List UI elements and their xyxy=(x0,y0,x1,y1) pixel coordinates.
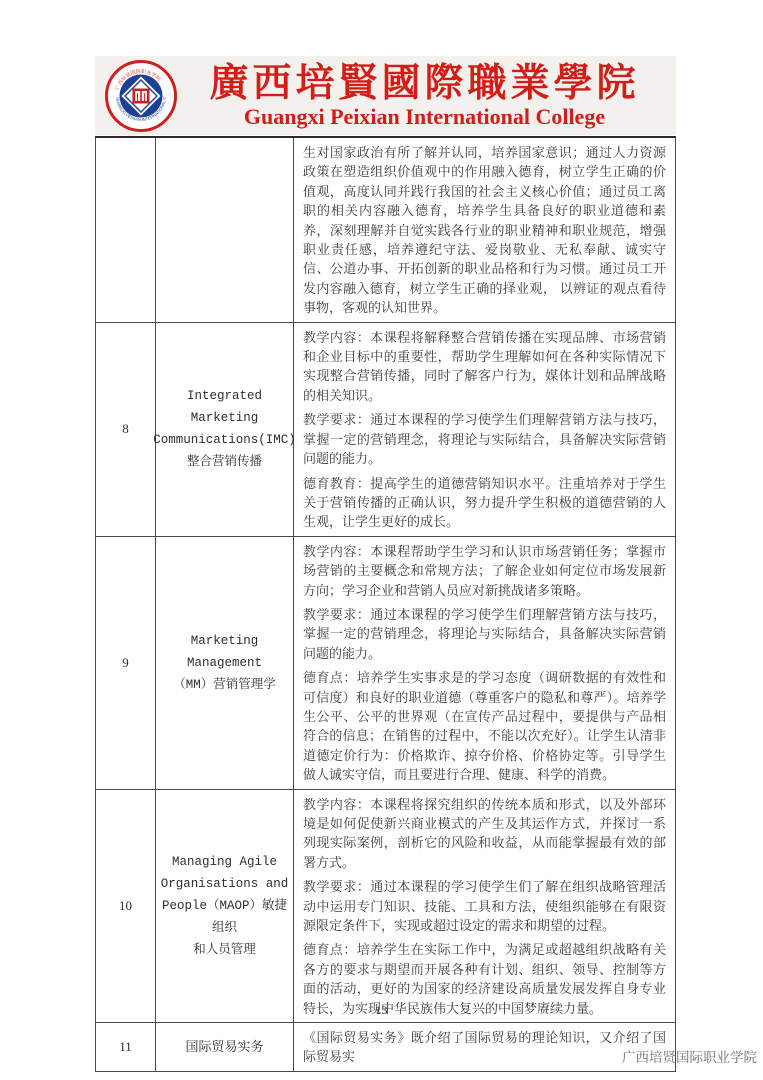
course-name xyxy=(156,138,294,322)
table-row: 生对国家政治有所了解并认同，培养国家意识；通过人力资源政策在塑造组织价值观中的作… xyxy=(96,138,675,323)
course-name-line: Communications(IMC) xyxy=(153,429,296,451)
college-logo: 广西培贤国际职业学院 GUANGXI PEIXIAN INTERNATIONAL… xyxy=(103,58,179,134)
page-number: 13 xyxy=(0,1003,763,1018)
course-number: 10 xyxy=(96,790,156,1022)
description-paragraph: 德育点：培养学生实事求是的学习态度（调研数据的有效性和可信度）和良好的职业道德（… xyxy=(303,668,666,784)
college-titles: 廣西培賢國際職業學院 Guangxi Peixian International… xyxy=(179,62,676,129)
course-name: Integrated MarketingCommunications(IMC)整… xyxy=(156,323,294,536)
course-name-line: （MM）营销管理学 xyxy=(173,674,276,696)
description-paragraph: 教学内容：本课程将探究组织的传统本质和形式，以及外部环境是如何促使新兴商业模式的… xyxy=(303,795,666,873)
course-name-line: Organisations and xyxy=(161,873,289,895)
course-description: 教学内容：本课程将解释整合营销传播在实现品牌、市场营销和企业目标中的重要性，帮助… xyxy=(294,323,675,536)
course-description: 教学内容：本课程将探究组织的传统本质和形式，以及外部环境是如何促使新兴商业模式的… xyxy=(294,790,675,1022)
college-name-chinese: 廣西培賢國際職業學院 xyxy=(179,62,670,104)
description-paragraph: 教学内容：本课程将解释整合营销传播在实现品牌、市场营销和企业目标中的重要性，帮助… xyxy=(303,328,666,406)
table-row: 11 国际贸易实务 《国际贸易实务》既介绍了国际贸易的理论知识，又介绍了国际贸易… xyxy=(96,1023,675,1071)
course-name: 国际贸易实务 xyxy=(156,1023,294,1071)
course-number: 11 xyxy=(96,1023,156,1071)
document-page: 广西培贤国际职业学院 GUANGXI PEIXIAN INTERNATIONAL… xyxy=(0,0,763,1080)
course-name-line: 国际贸易实务 xyxy=(185,1036,263,1058)
course-name-line: Managing Agile xyxy=(172,851,277,873)
description-paragraph: 教学要求：通过本课程的学习使学生们理解营销方法与技巧，掌握一定的营销理念，将理论… xyxy=(303,410,666,468)
college-logo-emblem: 广西培贤国际职业学院 GUANGXI PEIXIAN INTERNATIONAL… xyxy=(104,59,178,133)
college-header-banner: 广西培贤国际职业学院 GUANGXI PEIXIAN INTERNATIONAL… xyxy=(95,56,676,135)
description-paragraph: 《国际贸易实务》既介绍了国际贸易的理论知识，又介绍了国际贸易实 xyxy=(303,1028,666,1067)
table-row: 9 Marketing Management（MM）营销管理学 教学内容：本课程… xyxy=(96,537,675,790)
course-description: 《国际贸易实务》既介绍了国际贸易的理论知识，又介绍了国际贸易实 xyxy=(294,1023,675,1071)
course-name-line: People（MAOP）敏捷组织 xyxy=(158,895,291,939)
course-name-line: 和人员管理 xyxy=(193,939,256,961)
table-row: 10 Managing AgileOrganisations andPeople… xyxy=(96,790,675,1023)
course-name-line: Integrated Marketing xyxy=(158,385,291,429)
course-description: 教学内容：本课程帮助学生学习和认识市场营销任务；掌握市场营销的主要概念和常规方法… xyxy=(294,537,675,789)
course-number: 8 xyxy=(96,323,156,536)
course-name: Marketing Management（MM）营销管理学 xyxy=(156,537,294,789)
course-number xyxy=(96,138,156,322)
course-name-line: 整合营销传播 xyxy=(187,451,262,473)
description-paragraph: 教学内容：本课程帮助学生学习和认识市场营销任务；掌握市场营销的主要概念和常规方法… xyxy=(303,542,666,600)
footer-watermark: 广西培贤国际职业学院 xyxy=(622,1046,757,1066)
description-paragraph: 教学要求：通过本课程的学习使学生们理解营销方法与技巧，掌握一定的营销理念，将理论… xyxy=(303,605,666,663)
course-description: 生对国家政治有所了解并认同，培养国家意识；通过人力资源政策在塑造组织价值观中的作… xyxy=(294,138,675,322)
description-paragraph: 生对国家政治有所了解并认同，培养国家意识；通过人力资源政策在塑造组织价值观中的作… xyxy=(303,143,666,318)
table-row: 8 Integrated MarketingCommunications(IMC… xyxy=(96,323,675,537)
course-name: Managing AgileOrganisations andPeople（MA… xyxy=(156,790,294,1022)
course-number: 9 xyxy=(96,537,156,789)
college-name-english: Guangxi Peixian International College xyxy=(179,105,670,129)
description-paragraph: 德育教育：提高学生的道德营销知识水平。注重培养对于学生关于营销传播的正确认识，努… xyxy=(303,474,666,532)
description-paragraph: 教学要求：通过本课程的学习使学生们了解在组织战略管理活动中运用专门知识、技能、工… xyxy=(303,877,666,935)
course-table: 生对国家政治有所了解并认同，培养国家意识；通过人力资源政策在塑造组织价值观中的作… xyxy=(95,136,676,1072)
course-name-line: Marketing Management xyxy=(158,630,291,674)
